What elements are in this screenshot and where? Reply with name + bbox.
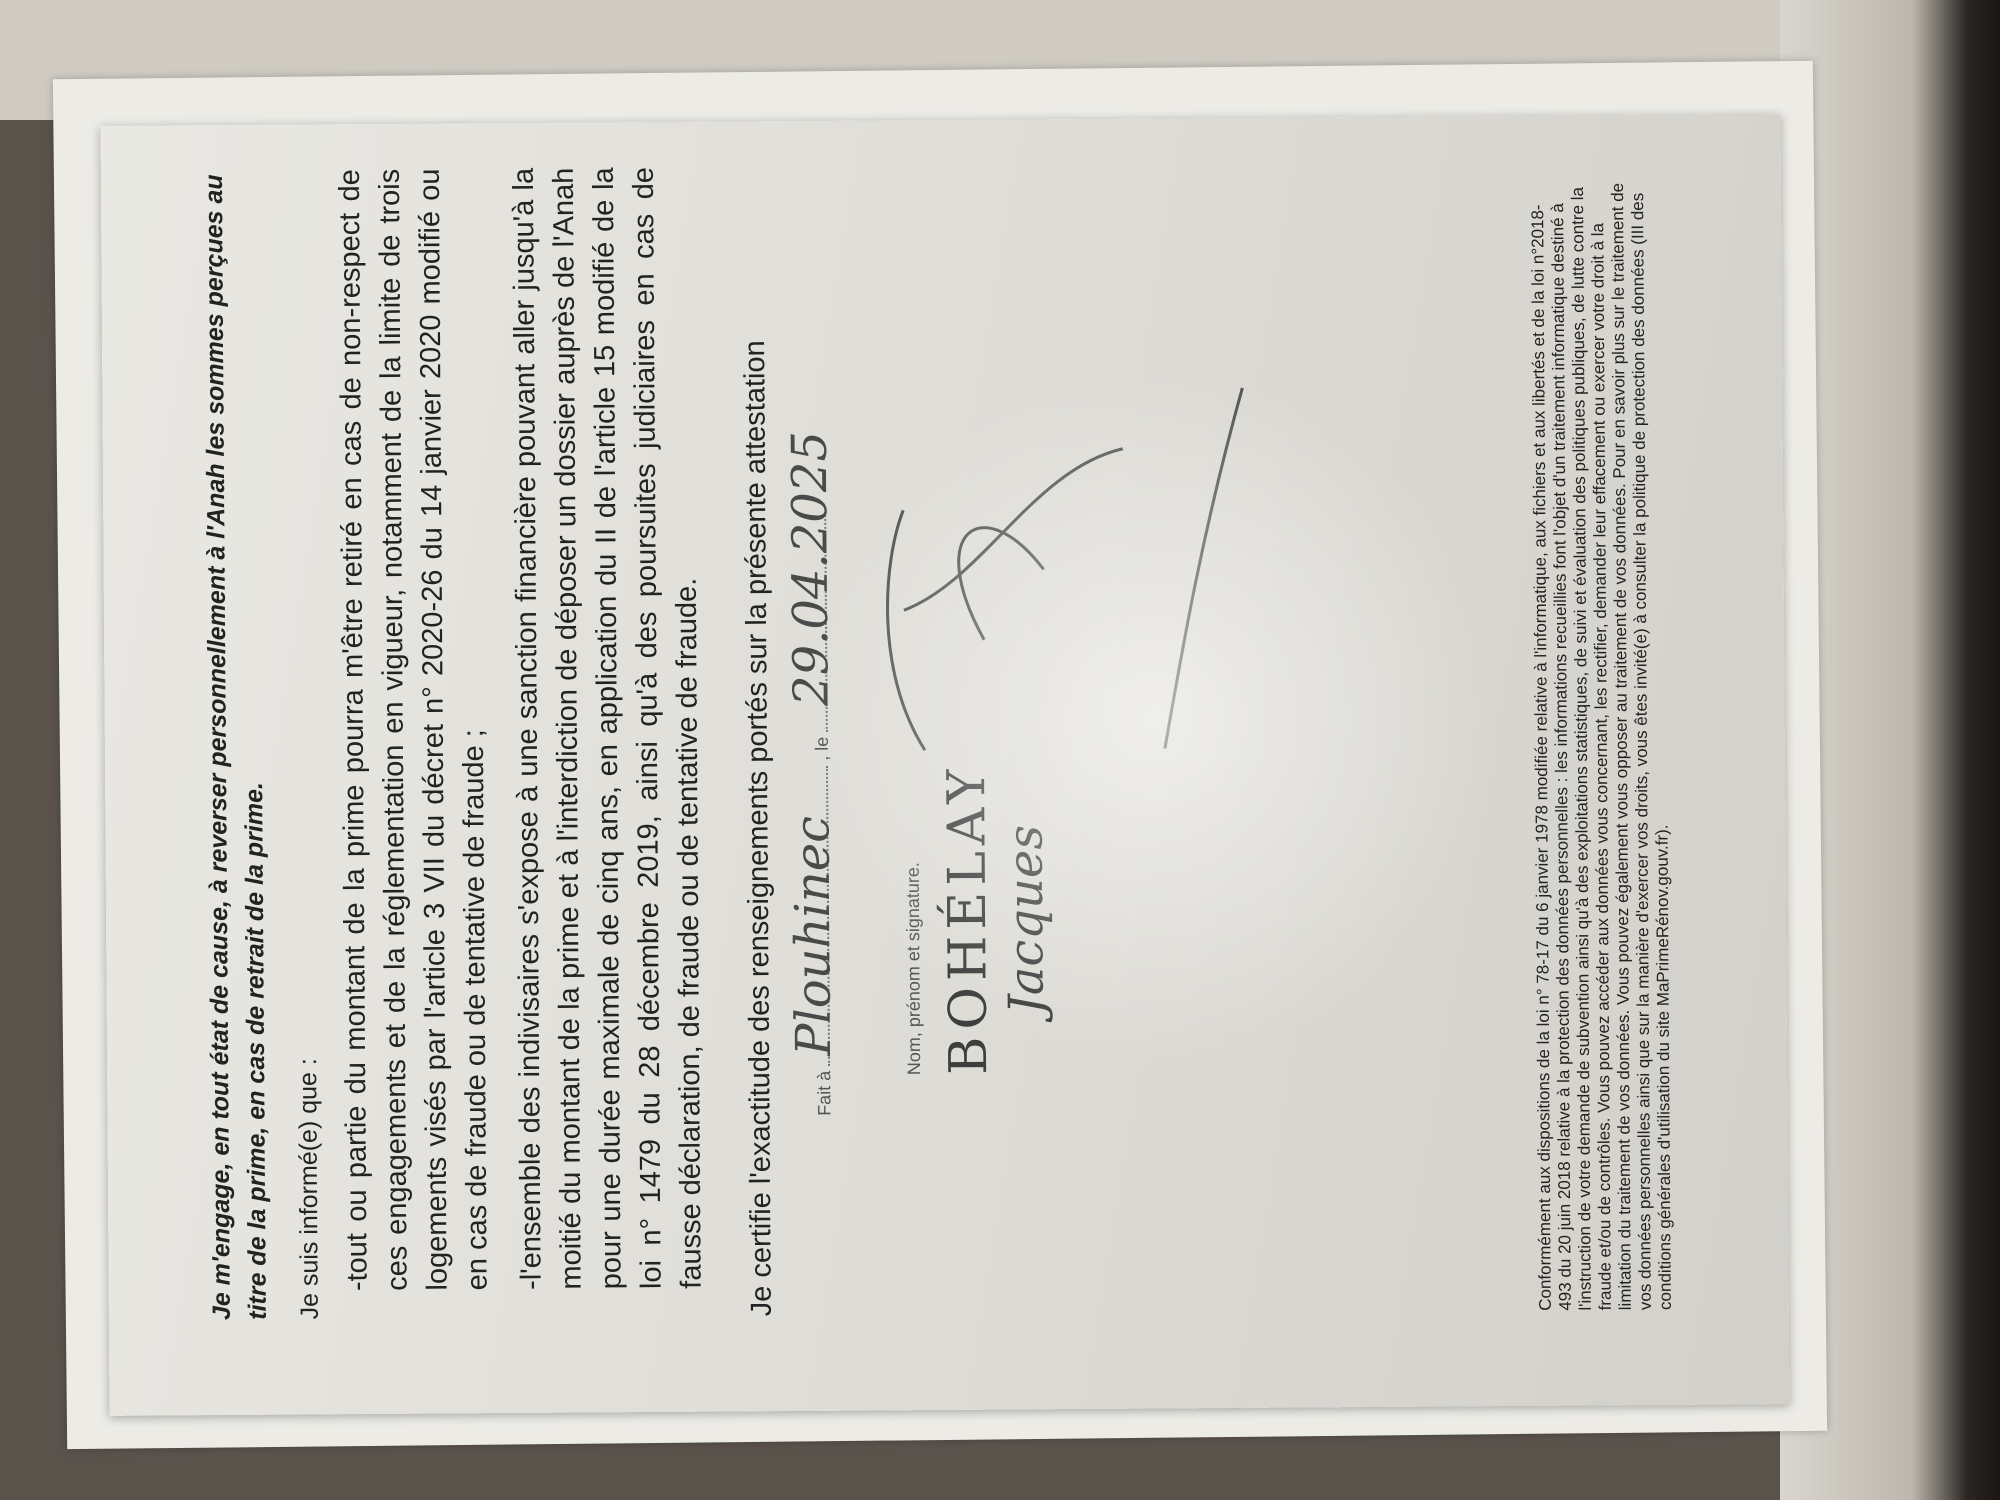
fait-label: Fait à [814,1071,834,1116]
list-item: -l'ensemble des indivisaires s'expose à … [504,167,712,1290]
document-sheet: Je m'engage, en tout état de cause, à re… [101,114,1790,1416]
certification-statement: Je certifie l'exactitude des renseigneme… [734,166,782,1316]
informed-label: Je suis informé(e) que : [284,169,328,1319]
light-glare [802,366,1507,1071]
commitment-statement: Je m'engage, en tout état de cause, à re… [196,170,276,1320]
list-item: -tout ou partie du montant de la prime p… [330,168,498,1291]
privacy-footer: Conformément aux dispositions de la loi … [1528,180,1676,1311]
